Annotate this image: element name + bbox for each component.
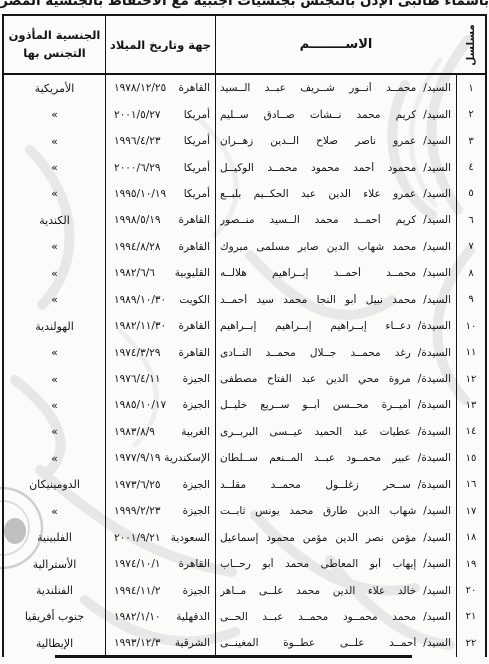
table-row: ٤ السيد/ محمود أحمد محمود محمــد الوكيــ… xyxy=(4,154,485,180)
birth-cell: الإسكندرية ١٩٧٧/٩/١٩ xyxy=(105,445,215,471)
nationality-cell: » xyxy=(4,101,105,127)
serial-cell: ١١ xyxy=(456,339,485,365)
serial-cell: ١٨ xyxy=(456,524,485,550)
birth-place: الجيزة xyxy=(183,505,210,517)
birth-date: ١٩٨٢/٦/٦ xyxy=(114,267,155,279)
table-row: ١٠ السيدة/ دعــاء إبــراهيم إبــراهيم إب… xyxy=(4,313,485,339)
nationality-value: » xyxy=(51,161,58,174)
nationality-value: الهولندية xyxy=(35,320,74,333)
nationality-value: الأمريكية xyxy=(35,82,75,95)
person-name: خالد علاء الدين محمد علــى مــاهر xyxy=(220,585,416,597)
birth-cell: القاهرة ١٩٧٨/١٢/٢٥ xyxy=(105,75,215,101)
naturalization-table: مسلسل الاســــــــم جهة وتاريخ الميلاد ا… xyxy=(2,14,487,657)
person-title: السيد/ xyxy=(423,82,451,94)
nationality-value: » xyxy=(51,135,58,148)
nationality-value: » xyxy=(51,505,58,518)
person-name: مروة محي الدين عبد الفتاح مصطفى xyxy=(220,373,411,385)
birth-place: القاهرة xyxy=(179,214,210,226)
birth-cell: الكويت ١٩٨٩/١٠/٣٠ xyxy=(105,287,215,313)
nationality-cell: » xyxy=(4,128,105,154)
birth-place: أمريكا xyxy=(184,109,210,121)
nationality-cell: » xyxy=(4,419,105,445)
person-name: محمــد أحمــد إبــراهيم هلالــه xyxy=(220,267,416,279)
nationality-value: الأسترالية xyxy=(33,558,77,571)
nationality-cell: » xyxy=(4,181,105,207)
name-cell: السيد/ عمرو ناصر صلاح الــدين زهــران xyxy=(215,128,456,154)
person-title: السيدة/ xyxy=(418,452,451,464)
person-name: دعــاء إبــراهيم إبــراهيم إبــراهيم xyxy=(220,320,411,332)
birth-date: ٢٠٠١/٥/٢٧ xyxy=(114,109,161,121)
name-cell: السيد/ كريم أحمــد محمد الــسيد منــصور xyxy=(215,207,456,233)
birth-date: ١٩٨٢/١/١٠ xyxy=(114,611,161,623)
birth-cell: الدقهلية ١٩٨٢/١/١٠ xyxy=(105,604,215,630)
header-serial-label: مسلسل xyxy=(465,24,477,66)
serial-cell: ١٣ xyxy=(456,392,485,418)
birth-cell: الجيزة ١٩٧٦/٤/١١ xyxy=(105,366,215,392)
birth-place: القاهرة xyxy=(179,347,210,359)
nationality-cell: » xyxy=(4,234,105,260)
person-name: إيهاب أبو المعاطى محمد أبو رحــاب xyxy=(220,558,416,570)
birth-cell: القاهرة ١٩٩٤/٨/٢٨ xyxy=(105,234,215,260)
table-row: ١٣ السيدة/ أميــرة محــسن أبــو ســريع خ… xyxy=(4,392,485,418)
nationality-cell: الأمريكية xyxy=(4,75,105,101)
name-cell: السيد/ إيهاب أبو المعاطى محمد أبو رحــاب xyxy=(215,551,456,577)
birth-cell: السعودية ٢٠٠١/٩/٢١ xyxy=(105,524,215,550)
birth-place: الجيزة xyxy=(183,399,210,411)
birth-cell: القليوبية ١٩٨٢/٦/٦ xyxy=(105,260,215,286)
birth-cell: أمريكا ١٩٩٥/١٠/١٩ xyxy=(105,181,215,207)
birth-cell: القاهرة ١٩٧٤/١٠/١ xyxy=(105,551,215,577)
table-row: ١٥ السيدة/ عبير محمــود عبــد المــنعم س… xyxy=(4,445,485,471)
header-name-label: الاســــــــم xyxy=(300,37,373,52)
birth-date: ١٩٧٧/٩/١٩ xyxy=(114,452,161,464)
name-cell: السيدة/ رغد محمــد جــلال محمــد النــاد… xyxy=(215,339,456,365)
name-cell: السيدة/ عبير محمــود عبــد المــنعم ســل… xyxy=(215,445,456,471)
birth-place: القاهرة xyxy=(179,241,210,253)
nationality-cell: » xyxy=(4,287,105,313)
person-title: السيد/ xyxy=(423,214,451,226)
header-nationality: الجنسية المأذون التجنس بها xyxy=(4,16,105,73)
person-name: محمود أحمد محمود محمــد الوكيــل xyxy=(220,162,416,174)
name-cell: السيد/ محمــد أنــور شــريف عبــد الــسي… xyxy=(215,75,456,101)
person-name: مؤمن نصر الدين مؤمن محمود إسماعيل xyxy=(220,532,416,544)
birth-date: ١٩٧٣/٦/٢٥ xyxy=(114,479,161,491)
birth-place: أمريكا xyxy=(184,162,210,174)
nationality-value: جنوب أفريقيا xyxy=(25,610,84,623)
nationality-cell: الأسترالية xyxy=(4,551,105,577)
nationality-cell: » xyxy=(4,498,105,524)
nationality-cell: الإيطالية xyxy=(4,630,105,656)
nationality-cell: الكندية xyxy=(4,207,105,233)
page-title: بأسماء طالبى الإذن بالتجنس بجنسيات أجنبي… xyxy=(0,0,489,9)
name-cell: السيد/ محمــد أحمــد إبــراهيم هلالــه xyxy=(215,260,456,286)
birth-date: ٢٠٠١/٩/٢١ xyxy=(114,532,161,544)
name-cell: السيد/ أحمــد علــى عطــوة المغينــى xyxy=(215,630,456,656)
nationality-value: » xyxy=(51,108,58,121)
table-row: ١٢ السيدة/ مروة محي الدين عبد الفتاح مصط… xyxy=(4,366,485,392)
nationality-value: الدومينيكان xyxy=(29,478,80,491)
name-cell: السيد/ مؤمن نصر الدين مؤمن محمود إسماعيل xyxy=(215,524,456,550)
person-name: كريم محمد نــشأت صــادق ســليم xyxy=(220,109,416,121)
serial-cell: ٧ xyxy=(456,234,485,260)
person-title: السيد/ xyxy=(423,505,451,517)
table-row: ٩ السيد/ محمد نبيل أبو النجا محمد سيد أح… xyxy=(4,287,485,313)
person-title: السيدة/ xyxy=(418,479,451,491)
nationality-cell: الهولندية xyxy=(4,313,105,339)
birth-date: ١٩٨٢/١١/٣٠ xyxy=(114,320,166,332)
birth-cell: القاهرة ١٩٨٢/١١/٣٠ xyxy=(105,313,215,339)
serial-cell: ٤ xyxy=(456,154,485,180)
name-cell: السيدة/ أميــرة محــسن أبــو ســريع خليـ… xyxy=(215,392,456,418)
birth-place: القاهرة xyxy=(179,558,210,570)
person-name: عبير محمــود عبــد المــنعم ســلطان xyxy=(220,452,411,464)
nationality-cell: » xyxy=(4,260,105,286)
nationality-value: » xyxy=(51,240,58,253)
nationality-value: الكندية xyxy=(39,214,70,227)
nationality-value: » xyxy=(51,187,58,200)
person-title: السيد/ xyxy=(423,585,451,597)
gazette-page: { "page_title": "بأسماء طالبى الإذن بالت… xyxy=(0,0,489,664)
birth-cell: القاهرة ١٩٧٤/٣/٢٩ xyxy=(105,339,215,365)
nationality-cell: » xyxy=(4,392,105,418)
serial-cell: ٣ xyxy=(456,128,485,154)
name-cell: السيد/ عمرو علاء الدين عبد الحكــيم بلبـ… xyxy=(215,181,456,207)
person-name: عمرو علاء الدين عبد الحكــيم بلبــع xyxy=(220,188,416,200)
table-row: ٢٢ السيد/ أحمــد علــى عطــوة المغينــى … xyxy=(4,630,485,656)
serial-cell: ٨ xyxy=(456,260,485,286)
header-nationality-line2: التجنس بها xyxy=(23,45,85,63)
birth-cell: الشرقية ١٩٩٣/١٢/٣ xyxy=(105,630,215,656)
serial-cell: ٦ xyxy=(456,207,485,233)
table-row: ١٧ السيد/ شهاب الدين طارق محمد يونس ثابـ… xyxy=(4,498,485,524)
birth-place: الكويت xyxy=(179,294,210,306)
serial-cell: ١٦ xyxy=(456,472,485,498)
nationality-value: الفنلندية xyxy=(36,584,73,597)
nationality-cell: » xyxy=(4,445,105,471)
person-title: السيدة/ xyxy=(418,426,451,438)
person-title: السيد/ xyxy=(423,532,451,544)
birth-cell: أمريكا ٢٠٠٠/٦/٢٩ xyxy=(105,154,215,180)
name-cell: السيد/ شهاب الدين طارق محمد يونس ثابــت xyxy=(215,498,456,524)
person-name: عمرو ناصر صلاح الــدين زهــران xyxy=(220,135,416,147)
person-name: أميــرة محــسن أبــو ســريع خليــل xyxy=(220,399,411,411)
birth-cell: أمريكا ٢٠٠١/٥/٢٧ xyxy=(105,101,215,127)
table-row: ٨ السيد/ محمــد أحمــد إبــراهيم هلالــه… xyxy=(4,260,485,286)
person-title: السيدة/ xyxy=(418,373,451,385)
table-row: ١٩ السيد/ إيهاب أبو المعاطى محمد أبو رحـ… xyxy=(4,551,485,577)
serial-cell: ٩ xyxy=(456,287,485,313)
header-name: الاســــــــم xyxy=(215,16,456,73)
name-cell: السيد/ محمد شهاب الدين صابر مسلمى مبروك xyxy=(215,234,456,260)
table-row: ٦ السيد/ كريم أحمــد محمد الــسيد منــصو… xyxy=(4,207,485,233)
person-name: محمــد أنــور شــريف عبــد الــسيد xyxy=(220,82,416,94)
nationality-value: » xyxy=(51,293,58,306)
person-name: محمد محمــود محمــد عبــد الحــى xyxy=(220,611,416,623)
birth-cell: الجيزة ١٩٧٣/٦/٢٥ xyxy=(105,472,215,498)
nationality-cell: » xyxy=(4,339,105,365)
birth-date: ١٩٧٦/٤/١١ xyxy=(114,373,161,385)
person-title: السيد/ xyxy=(423,241,451,253)
birth-date: ١٩٧٨/١٢/٢٥ xyxy=(114,82,166,94)
person-name: ســحر زغلــول محمــد مقلــد xyxy=(220,479,411,491)
serial-cell: ١٥ xyxy=(456,445,485,471)
nationality-value: » xyxy=(51,425,58,438)
nationality-value: » xyxy=(51,346,58,359)
name-cell: السيد/ خالد علاء الدين محمد علــى مــاهر xyxy=(215,577,456,603)
birth-cell: القاهرة ١٩٩٨/٥/١٩ xyxy=(105,207,215,233)
person-title: السيد/ xyxy=(423,267,451,279)
birth-cell: الجيزة ١٩٩٤/١١/٢ xyxy=(105,577,215,603)
birth-date: ٢٠٠٠/٦/٢٩ xyxy=(114,162,161,174)
serial-cell: ٥ xyxy=(456,181,485,207)
birth-date: ١٩٧٤/٣/٢٩ xyxy=(114,347,161,359)
person-title: السيد/ xyxy=(423,558,451,570)
birth-date: ١٩٩٣/١٢/٣ xyxy=(114,637,161,649)
nationality-value: » xyxy=(51,452,58,465)
name-cell: السيد/ كريم محمد نــشأت صــادق ســليم xyxy=(215,101,456,127)
person-title: السيد/ xyxy=(423,162,451,174)
nationality-cell: الفنلندية xyxy=(4,577,105,603)
nationality-cell: » xyxy=(4,154,105,180)
person-title: السيد/ xyxy=(423,637,451,649)
serial-cell: ١٤ xyxy=(456,419,485,445)
serial-cell: ٢٢ xyxy=(456,630,485,656)
birth-place: الدقهلية xyxy=(176,611,210,623)
header-nationality-line1: الجنسية المأذون xyxy=(9,27,101,45)
birth-place: الغربية xyxy=(181,426,210,438)
table-row: ١٨ السيد/ مؤمن نصر الدين مؤمن محمود إسما… xyxy=(4,524,485,550)
person-title: السيدة/ xyxy=(418,320,451,332)
birth-place: القاهرة xyxy=(179,320,210,332)
birth-place: الشرقية xyxy=(175,637,210,649)
serial-cell: ٢٠ xyxy=(456,577,485,603)
person-name: شهاب الدين طارق محمد يونس ثابــت xyxy=(220,505,416,517)
birth-place: الإسكندرية xyxy=(164,452,210,464)
nationality-value: الفلبينية xyxy=(37,531,72,544)
serial-cell: ٢ xyxy=(456,101,485,127)
birth-place: القاهرة xyxy=(179,82,210,94)
name-cell: السيد/ محمود أحمد محمود محمــد الوكيــل xyxy=(215,154,456,180)
birth-date: ١٩٩٤/٨/٢٨ xyxy=(114,241,161,253)
serial-cell: ٢١ xyxy=(456,604,485,630)
nationality-value: الإيطالية xyxy=(36,637,73,650)
person-title: السيد/ xyxy=(423,188,451,200)
table-row: ٧ السيد/ محمد شهاب الدين صابر مسلمى مبرو… xyxy=(4,234,485,260)
birth-place: الجيزة xyxy=(183,585,210,597)
table-row: ٥ السيد/ عمرو علاء الدين عبد الحكــيم بل… xyxy=(4,181,485,207)
person-title: السيدة/ xyxy=(418,399,451,411)
birth-place: أمريكا xyxy=(184,135,210,147)
table-body: ١ السيد/ محمــد أنــور شــريف عبــد الــ… xyxy=(4,75,485,657)
nationality-cell: الدومينيكان xyxy=(4,472,105,498)
person-title: السيد/ xyxy=(423,611,451,623)
table-row: ٣ السيد/ عمرو ناصر صلاح الــدين زهــران … xyxy=(4,128,485,154)
birth-date: ١٩٩٨/٥/١٩ xyxy=(114,214,161,226)
serial-cell: ١٠ xyxy=(456,313,485,339)
header-serial: مسلسل xyxy=(456,16,485,73)
table-row: ١١ السيدة/ رغد محمــد جــلال محمــد النـ… xyxy=(4,339,485,365)
table-row: ٢١ السيد/ محمد محمــود محمــد عبــد الحـ… xyxy=(4,604,485,630)
person-title: السيد/ xyxy=(423,135,451,147)
birth-date: ١٩٨٥/١٠/١٧ xyxy=(114,399,166,411)
birth-cell: أمريكا ١٩٩٦/٤/٢٣ xyxy=(105,128,215,154)
birth-cell: الجيزة ١٩٩٩/٢/٢٣ xyxy=(105,498,215,524)
name-cell: السيدة/ مروة محي الدين عبد الفتاح مصطفى xyxy=(215,366,456,392)
person-name: محمد شهاب الدين صابر مسلمى مبروك xyxy=(220,241,416,253)
birth-cell: الجيزة ١٩٨٥/١٠/١٧ xyxy=(105,392,215,418)
person-name: كريم أحمــد محمد الــسيد منــصور xyxy=(220,214,416,226)
birth-date: ١٩٩٤/١١/٢ xyxy=(114,585,161,597)
person-title: السيد/ xyxy=(423,109,451,121)
nationality-value: » xyxy=(51,373,58,386)
birth-place: أمريكا xyxy=(184,188,210,200)
serial-cell: ١٢ xyxy=(456,366,485,392)
table-row: ٢٠ السيد/ خالد علاء الدين محمد علــى مــ… xyxy=(4,577,485,603)
birth-place: السعودية xyxy=(171,532,210,544)
birth-place: الجيزة xyxy=(183,373,210,385)
name-cell: السيد/ محمد محمــود محمــد عبــد الحــى xyxy=(215,604,456,630)
header-birth-label: جهة وتاريخ الميلاد xyxy=(110,38,211,52)
serial-cell: ١ xyxy=(456,75,485,101)
birth-date: ١٩٩٥/١٠/١٩ xyxy=(114,188,166,200)
birth-place: القليوبية xyxy=(175,267,210,279)
serial-cell: ١٧ xyxy=(456,498,485,524)
birth-place: الجيزة xyxy=(183,479,210,491)
name-cell: السيدة/ ســحر زغلــول محمــد مقلــد xyxy=(215,472,456,498)
table-row: ١٤ السيدة/ عطيات عبد الحميد عيــسى البرب… xyxy=(4,419,485,445)
person-name: رغد محمــد جــلال محمــد النــادى xyxy=(220,347,411,359)
table-bottom-border xyxy=(55,655,412,658)
person-title: السيد/ xyxy=(423,294,451,306)
birth-cell: الغربية ١٩٨٣/٨/٩ xyxy=(105,419,215,445)
person-name: أحمــد علــى عطــوة المغينــى xyxy=(220,637,416,649)
nationality-value: » xyxy=(51,399,58,412)
name-cell: السيد/ محمد نبيل أبو النجا محمد سيد أحمـ… xyxy=(215,287,456,313)
person-title: السيدة/ xyxy=(418,347,451,359)
birth-date: ١٩٩٦/٤/٢٣ xyxy=(114,135,161,147)
table-row: ١ السيد/ محمــد أنــور شــريف عبــد الــ… xyxy=(4,75,485,101)
header-birth: جهة وتاريخ الميلاد xyxy=(105,16,215,73)
birth-date: ١٩٨٩/١٠/٣٠ xyxy=(114,294,166,306)
nationality-cell: الفلبينية xyxy=(4,524,105,550)
nationality-cell: » xyxy=(4,366,105,392)
birth-date: ١٩٩٩/٢/٢٣ xyxy=(114,505,161,517)
table-row: ١٦ السيدة/ ســحر زغلــول محمــد مقلــد ا… xyxy=(4,472,485,498)
birth-date: ١٩٧٤/١٠/١ xyxy=(114,558,161,570)
serial-cell: ١٩ xyxy=(456,551,485,577)
name-cell: السيدة/ دعــاء إبــراهيم إبــراهيم إبــر… xyxy=(215,313,456,339)
table-row: ٢ السيد/ كريم محمد نــشأت صــادق ســليم … xyxy=(4,101,485,127)
nationality-value: » xyxy=(51,267,58,280)
birth-date: ١٩٨٣/٨/٩ xyxy=(114,426,155,438)
nationality-cell: جنوب أفريقيا xyxy=(4,604,105,630)
person-name: عطيات عبد الحميد عيــسى البربــرى xyxy=(220,426,411,438)
table-header-row: مسلسل الاســــــــم جهة وتاريخ الميلاد ا… xyxy=(4,16,485,75)
person-name: محمد نبيل أبو النجا محمد سيد أحمــد xyxy=(220,294,416,306)
name-cell: السيدة/ عطيات عبد الحميد عيــسى البربــر… xyxy=(215,419,456,445)
